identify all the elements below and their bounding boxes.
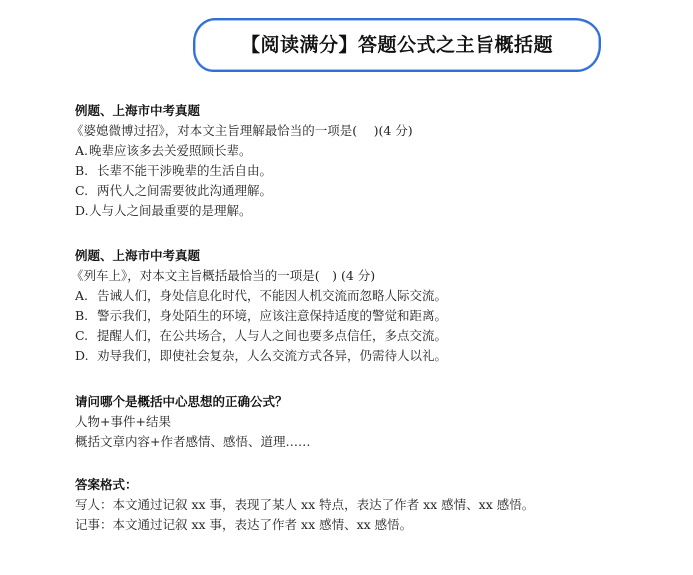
formula-line-1: 人物+事件+结果 bbox=[75, 412, 310, 432]
title-box: 【阅读满分】答题公式之主旨概括题 bbox=[193, 18, 601, 72]
example-1: 例题、上海市中考真题 《婆媳微博过招》，对本文主旨理解最恰当的一项是( )(4 … bbox=[75, 101, 413, 221]
example-1-question: 《婆媳微博过招》，对本文主旨理解最恰当的一项是( )(4 分) bbox=[71, 121, 413, 141]
option-text: 劝导我们，即使社会复杂，人么交流方式各异，仍需待人以礼。 bbox=[97, 346, 447, 366]
option-letter: D. bbox=[75, 346, 97, 366]
example-2-heading: 例题、上海市中考真题 bbox=[75, 246, 447, 266]
option-text: 告诫人们，身处信息化时代，不能因人机交流而忽略人际交流。 bbox=[97, 286, 447, 306]
example-1-option-d: D. 人与人之间最重要的是理解。 bbox=[75, 201, 413, 221]
option-text: 晚辈应该多去关爱照顾长辈。 bbox=[89, 141, 252, 161]
example-2-question: 《列车上》，对本文主旨概括最恰当的一项是( ) (4 分) bbox=[71, 266, 447, 286]
option-letter: C. bbox=[75, 181, 97, 201]
option-text: 人与人之间最重要的是理解。 bbox=[89, 201, 252, 221]
example-2-option-b: B. 警示我们，身处陌生的环境，应该注意保持适度的警觉和距离。 bbox=[75, 306, 447, 326]
page-title: 【阅读满分】答题公式之主旨概括题 bbox=[241, 30, 553, 57]
example-2-option-d: D. 劝导我们，即使社会复杂，人么交流方式各异，仍需待人以礼。 bbox=[75, 346, 447, 366]
answer-format-section: 答案格式： 写人：本文通过记叙 xx 事，表现了某人 xx 特点，表达了作者 x… bbox=[75, 475, 534, 535]
option-letter: A. bbox=[75, 141, 89, 161]
example-2-option-a: A. 告诫人们，身处信息化时代，不能因人机交流而忽略人际交流。 bbox=[75, 286, 447, 306]
example-1-option-c: C. 两代人之间需要彼此沟通理解。 bbox=[75, 181, 413, 201]
formula-section: 请问哪个是概括中心思想的正确公式？ 人物+事件+结果 概括文章内容+作者感情、感… bbox=[75, 392, 310, 452]
example-2-option-c: C. 提醒人们，在公共场合，人与人之间也要多点信任，多点交流。 bbox=[75, 326, 447, 346]
formula-line-2: 概括文章内容+作者感情、感悟、道理…… bbox=[75, 432, 310, 452]
option-text: 长辈不能干涉晚辈的生活自由。 bbox=[97, 161, 272, 181]
answer-format-heading: 答案格式： bbox=[75, 475, 534, 495]
option-letter: C. bbox=[75, 326, 97, 346]
example-1-heading: 例题、上海市中考真题 bbox=[75, 101, 413, 121]
example-1-option-b: B. 长辈不能干涉晚辈的生活自由。 bbox=[75, 161, 413, 181]
option-letter: B. bbox=[75, 161, 97, 181]
option-text: 提醒人们，在公共场合，人与人之间也要多点信任，多点交流。 bbox=[97, 326, 447, 346]
formula-heading: 请问哪个是概括中心思想的正确公式？ bbox=[75, 392, 310, 412]
answer-format-line-1: 写人：本文通过记叙 xx 事，表现了某人 xx 特点，表达了作者 xx 感情、x… bbox=[75, 495, 534, 515]
option-text: 警示我们，身处陌生的环境，应该注意保持适度的警觉和距离。 bbox=[97, 306, 447, 326]
option-letter: D. bbox=[75, 201, 89, 221]
option-text: 两代人之间需要彼此沟通理解。 bbox=[97, 181, 272, 201]
example-2: 例题、上海市中考真题 《列车上》，对本文主旨概括最恰当的一项是( ) (4 分)… bbox=[75, 246, 447, 366]
example-1-option-a: A. 晚辈应该多去关爱照顾长辈。 bbox=[75, 141, 413, 161]
option-letter: B. bbox=[75, 306, 97, 326]
option-letter: A. bbox=[75, 286, 97, 306]
answer-format-line-2: 记事：本文通过记叙 xx 事，表达了作者 xx 感情、xx 感悟。 bbox=[75, 515, 534, 535]
